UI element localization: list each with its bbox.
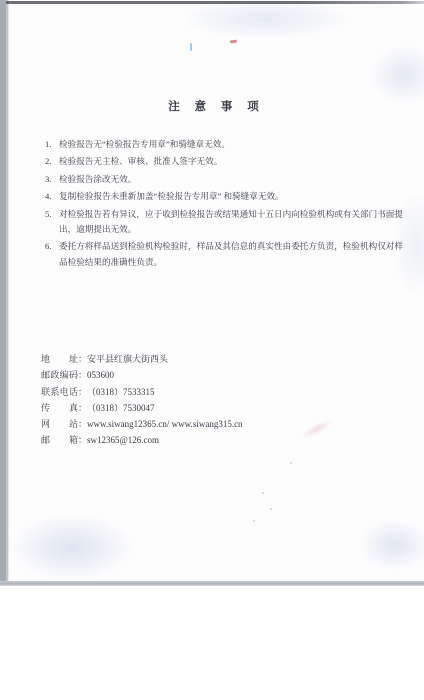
notice-item: 6. 委托方将样品送到检验机构检验时，样品及其信息的真实性由委托方负责，检验机构… [45, 239, 403, 270]
item-text: 委托方将样品送到检验机构检验时，样品及其信息的真实性由委托方负责，检验机构仅对样… [59, 239, 403, 270]
item-text: 复制检验报告未重新加盖“检验报告专用章” 和骑缝章无效。 [59, 189, 403, 204]
item-text: 检验报告无“检验报告专用章”和骑缝章无效。 [59, 137, 403, 152]
paper-bottom-edge [0, 581, 424, 586]
contact-label: 邮政编码 [41, 367, 78, 383]
contact-label: 邮箱 [41, 432, 78, 448]
notice-item: 2. 检验报告无主检、审核、批准人签字无效。 [45, 154, 403, 169]
contact-row-website: 网站 ： www.siwang12365.cn/ www.siwang315.c… [41, 416, 381, 432]
item-number: 2. [45, 154, 59, 169]
notice-item: 1. 检验报告无“检验报告专用章”和骑缝章无效。 [45, 137, 403, 152]
scan-speck [270, 508, 272, 510]
contact-colon: ： [78, 432, 87, 448]
scan-speck [262, 492, 264, 494]
scan-speck [290, 462, 292, 464]
item-number: 4. [45, 189, 59, 204]
contact-value: www.siwang12365.cn/ www.siwang315.cn [87, 416, 381, 432]
notice-item: 5. 对检验报告若有异议，应于收到检验报告或结果通知十五日内向检验机构或有关部门… [45, 207, 403, 238]
contact-colon: ： [78, 367, 87, 383]
contact-label: 地址 [41, 351, 78, 367]
contact-row-address: 地址 ： 安平县红旗大街西头 [41, 351, 381, 367]
item-text: 检验报告涂改无效。 [59, 172, 403, 187]
item-number: 1. [45, 137, 59, 152]
contact-label: 网站 [41, 416, 78, 432]
item-text: 对检验报告若有异议，应于收到检验报告或结果通知十五日内向检验机构或有关部门书面提… [59, 207, 403, 238]
contact-row-phone: 联系电话 ： （0318）7533315 [41, 384, 381, 400]
notice-item-list: 1. 检验报告无“检验报告专用章”和骑缝章无效。 2. 检验报告无主检、审核、批… [45, 137, 403, 272]
item-number: 3. [45, 172, 59, 187]
contact-colon: ： [78, 384, 87, 400]
contact-label: 联系电话 [41, 384, 78, 400]
contact-row-fax: 传真 ： （0318）7530047 [41, 400, 381, 416]
contact-value: 安平县红旗大街西头 [87, 351, 381, 367]
contact-row-email: 邮箱 ： sw12365@126.com [41, 432, 381, 448]
scanned-notice-page: 注 意 事 项 1. 检验报告无“检验报告专用章”和骑缝章无效。 2. 检验报告… [0, 0, 424, 700]
notice-title: 注 意 事 项 [9, 98, 424, 114]
scan-speck [253, 520, 255, 522]
notice-item: 4. 复制检验报告未重新加盖“检验报告专用章” 和骑缝章无效。 [45, 189, 403, 204]
paper-sheet [9, 3, 424, 581]
item-text: 检验报告无主检、审核、批准人签字无效。 [59, 154, 403, 169]
contact-value: （0318）7530047 [87, 400, 381, 416]
contact-value: sw12365@126.com [87, 432, 381, 448]
contact-colon: ： [78, 400, 87, 416]
scan-artifact-blue [190, 43, 192, 51]
contact-value: 053600 [87, 367, 381, 383]
scanner-edge-left [0, 0, 9, 586]
item-number: 5. [45, 207, 59, 238]
item-number: 6. [45, 239, 59, 270]
scanner-edge-top [6, 1, 424, 4]
contact-colon: ： [78, 416, 87, 432]
notice-item: 3. 检验报告涂改无效。 [45, 172, 403, 187]
contact-info-block: 地址 ： 安平县红旗大街西头 邮政编码 ： 053600 联系电话 ： （031… [41, 351, 381, 449]
contact-label: 传真 [41, 400, 78, 416]
contact-row-postcode: 邮政编码 ： 053600 [41, 367, 381, 383]
contact-colon: ： [78, 351, 87, 367]
contact-value: （0318）7533315 [87, 384, 381, 400]
